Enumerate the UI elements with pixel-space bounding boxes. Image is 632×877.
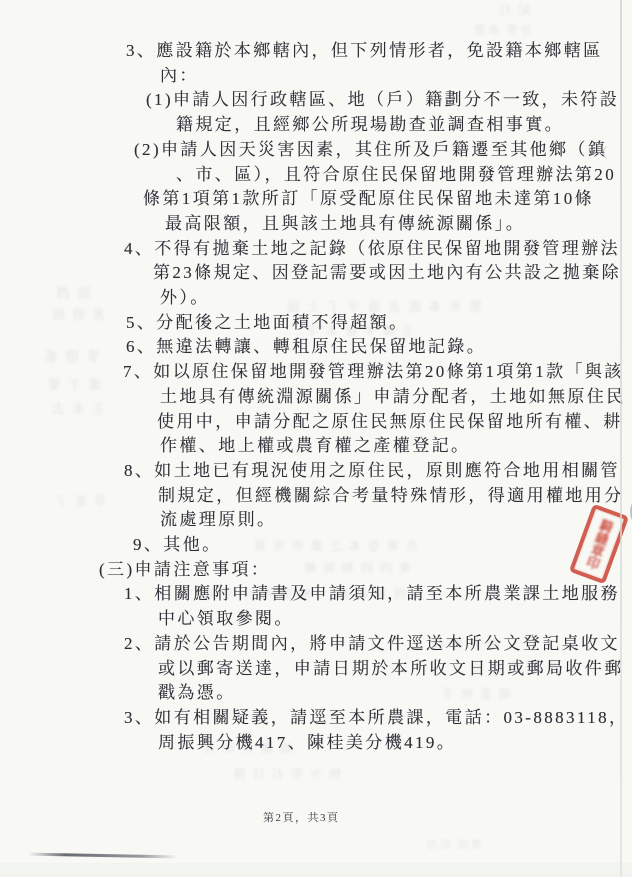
bleedthrough-mark: 胡 雲 快 手 [440, 688, 511, 700]
text-line: 3、應設籍於本鄉轄內，但下列情形者，免設籍本鄉轄區 [126, 42, 603, 59]
text-line: 3、如有相關疑義，請逕至本所農課，電話：03-8883118， [124, 709, 628, 726]
text-line: 作權、地上權或農育權之產權登記。 [160, 437, 470, 454]
page-number: 第2頁，共3頁 [263, 809, 340, 825]
text-line: 第23條規定、因登記需要或因土地內有公共設之拋棄除 [153, 264, 621, 281]
text-line: 流處理原則。 [160, 511, 276, 528]
text-line: (三)申請注意事項： [99, 561, 270, 578]
scan-edge-right [620, 0, 622, 877]
text-line: 8、如土地已有現況使用之原住民，原則應符合地用相關管 [124, 462, 620, 479]
text-line: 2、請於公告期間內，將申請文件逕送本所公文登記桌收文 [124, 635, 620, 652]
bleedthrough-mark: 害 前 面 [50, 308, 106, 321]
bleedthrough-mark: 分爭 水患 [472, 24, 533, 36]
pen-mark: （ [608, 498, 632, 532]
bleedthrough-mark: 東 四 回 利 班 鄉 [302, 562, 411, 574]
text-line: 土地具有傳統淵源關係」申請分配者，土地如無原住民 [160, 388, 626, 405]
bleedthrough-mark: 主 未 去 [50, 402, 106, 415]
text-line: 4、不得有拋棄土地之記錄（依原住民保留地開發管理辦法 [124, 240, 620, 257]
scanned-document-page: 紀 行分爭 水患站 酉害 前 面爭 望 系遙 干 要主 未 去草 並 了要 水 … [0, 0, 632, 877]
text-line: 5、分配後之土地面積不得超額。 [126, 314, 409, 331]
scan-artifact-line [28, 853, 178, 859]
text-line: 制規定，但經機關綜合考量特殊情形，得適用權地用分 [158, 487, 624, 504]
pen-mark: （ [594, 148, 608, 162]
text-line: 最高限額，且與該土地具有傳統源關係」。 [165, 215, 525, 232]
text-line: 6、無違法轉讓、轉租原住民保留地記錄。 [126, 338, 486, 355]
bleedthrough-mark: 快 少 年 石 日 得 [232, 768, 341, 780]
bleedthrough-mark: 要 水 本 流 去 返 守 了 土 返 [285, 300, 482, 313]
text-line: 籍規定，且經鄉公所現場勘查並調查相事實。 [176, 116, 564, 133]
bleedthrough-mark: 站 酉 [54, 288, 92, 302]
text-line: (2)申請人因天災害因素，其住所及戶籍遷至其他鄉（鎮 [134, 141, 607, 158]
text-line: 條第1項第1款所訂「原受配原住民保留地未達第10條 [143, 190, 594, 207]
text-line: 中心領取參閱。 [158, 610, 294, 627]
text-line: 外）。 [160, 289, 210, 306]
text-line: 、市、區），且符合原住民保留地開發管理辦法第20 [176, 166, 616, 183]
bleedthrough-mark: 告 軍 亞 本 之 雄 申 雪 哥 [252, 540, 418, 552]
text-line: 9、其他。 [133, 536, 222, 553]
text-line: 內： [160, 67, 199, 84]
bleedthrough-mark: 草 並 了 [54, 495, 106, 507]
bleedthrough-mark: 遙 干 要 [46, 378, 102, 391]
bleedthrough-mark: 爭 望 系 [42, 352, 101, 366]
bleedthrough-mark: 紀 行 [497, 4, 530, 16]
text-line: 1、相關應附申請書及申請須知，請至本所農業課土地服務 [124, 585, 620, 602]
text-line: (1)申請人因行政轄區、地（戶）籍劃分不一致，未符設 [146, 91, 619, 108]
scan-edge-bottom [0, 863, 632, 877]
bleedthrough-mark: 世出 引力 [425, 840, 482, 851]
text-line: 或以郵寄送達，申請日期於本所收文日期或郵局收件郵 [158, 660, 624, 677]
text-line: 周振興分機417、陳桂美分機419。 [158, 734, 456, 751]
text-line: 7、如以原住保留地開發管理辦法第20條第1項第1款「與該 [123, 363, 624, 380]
text-line: 戳為憑。 [158, 684, 236, 701]
text-line: 使用中，申請分配之原住民無原住民保留地所有權、耕 [157, 413, 623, 430]
